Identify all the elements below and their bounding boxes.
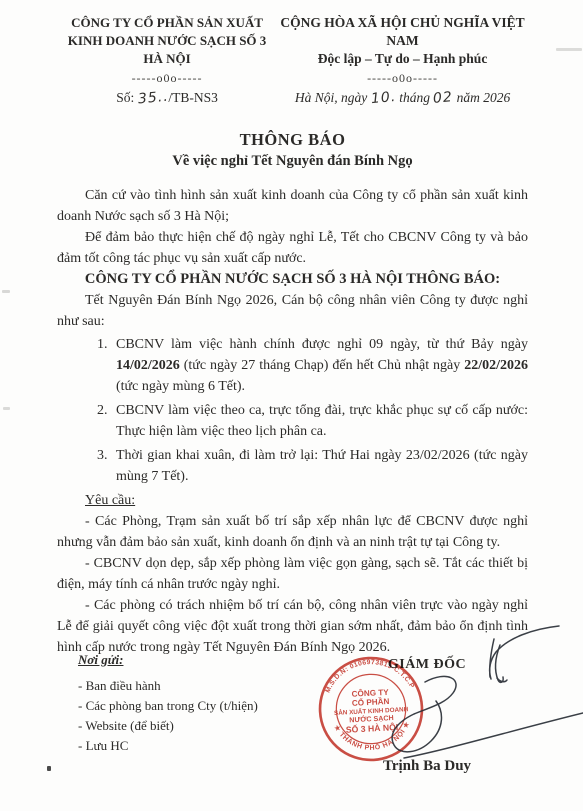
list-item-number: 3.	[97, 445, 116, 487]
company-name-line2: KINH DOANH NƯỚC SẠCH SỐ 3 HÀ NỘI	[57, 32, 277, 68]
list-item-number: 2.	[97, 400, 116, 442]
national-header-block: CỘNG HÒA XÃ HỘI CHỦ NGHĨA VIỆT NAM Độc l…	[277, 14, 528, 108]
document-title: THÔNG BÁO	[57, 130, 528, 150]
company-seal-stamp-icon: M.S.D.N: 0106973813-C.T.C.P ★ THÀNH PHỐ …	[315, 653, 426, 764]
document-page: CÔNG TY CỔ PHẦN SẢN XUẤT KINH DOANH NƯỚC…	[0, 0, 583, 811]
place-date-line: Hà Nội, ngày 10. tháng 02 năm 2026	[277, 88, 528, 108]
holiday-end-date: 22/02/2026	[464, 358, 528, 373]
list-item-text: CBCNV làm việc theo ca, trực tổng đài, t…	[116, 400, 528, 442]
list-item-text: Thời gian khai xuân, đi làm trở lại: Thứ…	[116, 445, 528, 487]
list-item-1-mid: (tức ngày 27 tháng Chạp) đến hết Chủ nhậ…	[180, 358, 464, 373]
recipient-item: - Lưu HC	[78, 736, 258, 756]
recipients-block: Nơi gửi: - Ban điều hành - Các phòng ban…	[78, 651, 258, 756]
national-motto-line2: Độc lập – Tự do – Hạnh phúc	[277, 50, 528, 68]
recipient-item: - Ban điều hành	[78, 676, 258, 696]
requirement-item: - Các phòng có trách nhiệm bố trí cán bộ…	[57, 595, 528, 658]
company-header-block: CÔNG TY CỔ PHẦN SẢN XUẤT KINH DOANH NƯỚC…	[57, 14, 277, 108]
date-day-handwritten: 10.	[370, 87, 397, 109]
document-number-suffix: /TB-NS3	[168, 90, 218, 105]
requirements-label: Yêu cầu:	[85, 493, 135, 508]
header-separator-right: -----o0o-----	[277, 68, 528, 88]
list-item-1-post: (tức ngày mùng 6 Tết).	[116, 379, 245, 394]
date-suffix: năm 2026	[457, 90, 511, 105]
document-number-handwritten: 35..	[137, 87, 169, 110]
company-name-line1: CÔNG TY CỔ PHẦN SẢN XUẤT	[57, 14, 277, 32]
numbered-list: 1. CBCNV làm việc hành chính được nghỉ 0…	[97, 334, 528, 487]
scan-artifact	[3, 407, 10, 410]
paragraph-intro: Tết Nguyên Đán Bính Ngọ 2026, Cán bộ côn…	[57, 290, 528, 332]
scan-artifact	[2, 290, 10, 293]
announcement-heading: CÔNG TY CỔ PHẦN NƯỚC SẠCH SỐ 3 HÀ NỘI TH…	[57, 269, 528, 290]
list-item-1-pre: CBCNV làm việc hành chính được nghỉ 09 n…	[116, 337, 528, 352]
header-separator-left: -----o0o-----	[57, 68, 277, 88]
date-mid: tháng	[399, 90, 430, 105]
date-prefix: Hà Nội, ngày	[295, 90, 367, 105]
scan-artifact	[556, 48, 582, 51]
document-header: CÔNG TY CỔ PHẦN SẢN XUẤT KINH DOANH NƯỚC…	[57, 14, 528, 108]
document-number-label: Số:	[116, 90, 134, 105]
requirements-label-line: Yêu cầu:	[85, 490, 528, 511]
recipient-item: - Các phòng ban trong Cty (t/hiện)	[78, 696, 258, 716]
paragraph-purpose: Để đảm bảo thực hiện chế độ ngày nghỉ Lễ…	[57, 227, 528, 269]
document-number-line: Số: 35../TB-NS3	[57, 88, 277, 108]
holiday-start-date: 14/02/2026	[116, 358, 180, 373]
list-item-number: 1.	[97, 334, 116, 397]
date-month-handwritten: 02	[433, 87, 454, 109]
paragraph-basis: Căn cứ vào tình hình sản xuất kinh doanh…	[57, 185, 528, 227]
scan-artifact	[47, 766, 51, 771]
list-item: 2. CBCNV làm việc theo ca, trực tổng đài…	[97, 400, 528, 442]
requirement-item: - CBCNV dọn dẹp, sắp xếp phòng làm việc …	[57, 553, 528, 595]
list-item: 3. Thời gian khai xuân, đi làm trở lại: …	[97, 445, 528, 487]
list-item-text: CBCNV làm việc hành chính được nghỉ 09 n…	[116, 334, 528, 397]
recipient-item: - Website (để biết)	[78, 716, 258, 736]
title-block: THÔNG BÁO Về việc nghỉ Tết Nguyên đán Bí…	[57, 130, 528, 172]
document-body: Căn cứ vào tình hình sản xuất kinh doanh…	[57, 185, 528, 658]
requirement-item: - Các Phòng, Trạm sản xuất bố trí sắp xế…	[57, 511, 528, 553]
national-motto-line1: CỘNG HÒA XÃ HỘI CHỦ NGHĨA VIỆT NAM	[277, 14, 528, 50]
document-subtitle: Về việc nghỉ Tết Nguyên đán Bính Ngọ	[57, 150, 528, 172]
recipients-label: Nơi gửi:	[78, 651, 258, 669]
list-item: 1. CBCNV làm việc hành chính được nghỉ 0…	[97, 334, 528, 397]
